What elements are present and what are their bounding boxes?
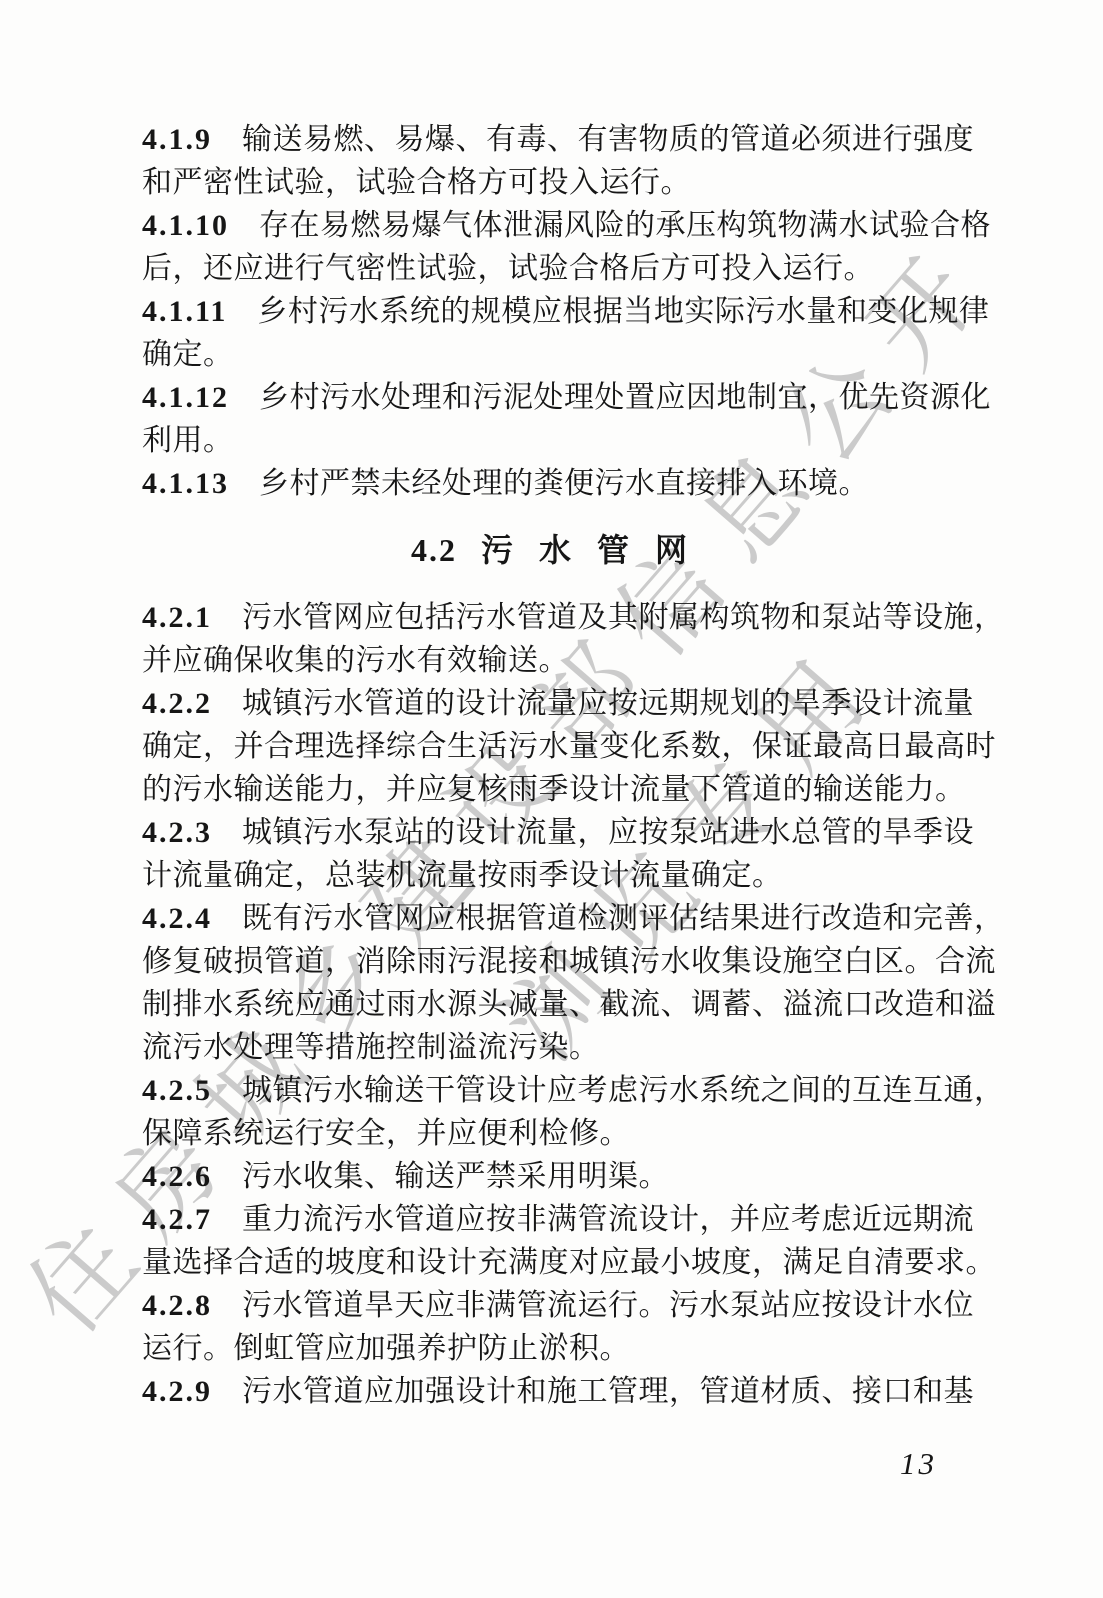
clause-line: 和严密性试验，试验合格方可投入运行。 [142, 161, 965, 204]
clause-number: 4.2.9 [142, 1375, 212, 1408]
clause-number: 4.2.6 [142, 1160, 212, 1193]
clause-text: 利用。 [142, 424, 234, 457]
page-number: 13 [900, 1446, 937, 1482]
clause-text: 计流量确定，总装机流量按雨季设计流量确定。 [142, 859, 783, 892]
clause-line: 4.2.2城镇污水管道的设计流量应按远期规划的旱季设计流量 [142, 682, 965, 725]
clause-line: 4.2.4既有污水管网应根据管道检测评估结果进行改造和完善， [142, 897, 965, 940]
clause-line: 4.2.9污水管道应加强设计和施工管理，管道材质、接口和基 [142, 1370, 965, 1413]
section-heading: 4.2污 水 管 网 [142, 529, 965, 572]
clause-text: 城镇污水管道的设计流量应按远期规划的旱季设计流量 [242, 687, 974, 720]
clause-text: 城镇污水输送干管设计应考虑污水系统之间的互连互通， [242, 1074, 1005, 1107]
clause-text: 重力流污水管道应按非满管流设计，并应考虑近远期流 [242, 1203, 974, 1236]
clause-text: 确定。 [142, 338, 234, 371]
clause-line: 4.2.6污水收集、输送严禁采用明渠。 [142, 1155, 965, 1198]
clause-text: 乡村污水系统的规模应根据当地实际污水量和变化规律 [257, 295, 989, 328]
clause-text: 修复破损管道，消除雨污混接和城镇污水收集设施空白区。合流 [142, 945, 996, 978]
clause-number: 4.1.12 [142, 381, 229, 414]
clause-text: 的污水输送能力，并应复核雨季设计流量下管道的输送能力。 [142, 773, 966, 806]
clause-number: 4.2.8 [142, 1289, 212, 1322]
clause-text: 量选择合适的坡度和设计充满度对应最小坡度，满足自清要求。 [142, 1246, 996, 1279]
clause-line: 4.1.13乡村严禁未经处理的粪便污水直接排入环境。 [142, 462, 965, 505]
clause-line: 运行。倒虹管应加强养护防止淤积。 [142, 1327, 965, 1370]
clause-number: 4.1.11 [142, 295, 227, 328]
clause-line: 4.2.5城镇污水输送干管设计应考虑污水系统之间的互连互通， [142, 1069, 965, 1112]
clause-text: 污水管网应包括污水管道及其附属构筑物和泵站等设施， [242, 601, 1005, 634]
clause-text: 并应确保收集的污水有效输送。 [142, 644, 569, 677]
clause-text: 制排水系统应通过雨水源头减量、截流、调蓄、溢流口改造和溢 [142, 988, 996, 1021]
clause-number: 4.1.10 [142, 209, 229, 242]
clause-line: 量选择合适的坡度和设计充满度对应最小坡度，满足自清要求。 [142, 1241, 965, 1284]
clause-line: 制排水系统应通过雨水源头减量、截流、调蓄、溢流口改造和溢 [142, 983, 965, 1026]
clause-text: 输送易燃、易爆、有毒、有害物质的管道必须进行强度 [242, 123, 974, 156]
clause-number: 4.2.5 [142, 1074, 212, 1107]
text-column: 4.1.9输送易燃、易爆、有毒、有害物质的管道必须进行强度 和严密性试验，试验合… [142, 118, 965, 1413]
clause-text: 城镇污水泵站的设计流量，应按泵站进水总管的旱季设 [242, 816, 974, 849]
clause-line: 确定，并合理选择综合生活污水量变化系数，保证最高日最高时 [142, 725, 965, 768]
clause-text: 污水收集、输送严禁采用明渠。 [242, 1160, 669, 1193]
clause-number: 4.2.1 [142, 601, 212, 634]
clause-number: 4.2.4 [142, 902, 212, 935]
clause-text: 流污水处理等措施控制溢流污染。 [142, 1031, 600, 1064]
clause-text: 乡村污水处理和污泥处理处置应因地制宜，优先资源化 [259, 381, 991, 414]
clause-number: 4.1.9 [142, 123, 212, 156]
clause-text: 后，还应进行气密性试验，试验合格后方可投入运行。 [142, 252, 874, 285]
clause-text: 和严密性试验，试验合格方可投入运行。 [142, 166, 691, 199]
clause-line: 保障系统运行安全，并应便利检修。 [142, 1112, 965, 1155]
clause-line: 4.1.10存在易燃易爆气体泄漏风险的承压构筑物满水试验合格 [142, 204, 965, 247]
clause-line: 4.1.9输送易燃、易爆、有毒、有害物质的管道必须进行强度 [142, 118, 965, 161]
clause-number: 4.2.7 [142, 1203, 212, 1236]
clause-number: 4.1.13 [142, 467, 229, 500]
clause-line: 利用。 [142, 419, 965, 462]
clause-line: 4.2.3城镇污水泵站的设计流量，应按泵站进水总管的旱季设 [142, 811, 965, 854]
clause-line: 确定。 [142, 333, 965, 376]
clause-line: 流污水处理等措施控制溢流污染。 [142, 1026, 965, 1069]
clause-text: 污水管道应加强设计和施工管理，管道材质、接口和基 [242, 1375, 974, 1408]
document-page: 住房城乡建设部信息公开 浏览专用 4.1.9输送易燃、易爆、有毒、有害物质的管道… [0, 0, 1103, 1598]
clause-line: 4.2.7重力流污水管道应按非满管流设计，并应考虑近远期流 [142, 1198, 965, 1241]
clause-line: 的污水输送能力，并应复核雨季设计流量下管道的输送能力。 [142, 768, 965, 811]
section-title: 污 水 管 网 [481, 532, 696, 568]
clause-line: 修复破损管道，消除雨污混接和城镇污水收集设施空白区。合流 [142, 940, 965, 983]
clause-line: 4.1.12乡村污水处理和污泥处理处置应因地制宜，优先资源化 [142, 376, 965, 419]
clause-text: 运行。倒虹管应加强养护防止淤积。 [142, 1332, 630, 1365]
clause-line: 计流量确定，总装机流量按雨季设计流量确定。 [142, 854, 965, 897]
clause-line: 4.1.11乡村污水系统的规模应根据当地实际污水量和变化规律 [142, 290, 965, 333]
clause-text: 污水管道旱天应非满管流运行。污水泵站应按设计水位 [242, 1289, 974, 1322]
clause-line: 4.2.8污水管道旱天应非满管流运行。污水泵站应按设计水位 [142, 1284, 965, 1327]
clause-line: 后，还应进行气密性试验，试验合格后方可投入运行。 [142, 247, 965, 290]
clause-line: 并应确保收集的污水有效输送。 [142, 639, 965, 682]
clause-text: 存在易燃易爆气体泄漏风险的承压构筑物满水试验合格 [259, 209, 991, 242]
clause-text: 乡村严禁未经处理的粪便污水直接排入环境。 [259, 467, 869, 500]
clause-text: 确定，并合理选择综合生活污水量变化系数，保证最高日最高时 [142, 730, 996, 763]
clause-number: 4.2.2 [142, 687, 212, 720]
clause-line: 4.2.1污水管网应包括污水管道及其附属构筑物和泵站等设施， [142, 596, 965, 639]
section-number: 4.2 [411, 532, 457, 568]
clause-number: 4.2.3 [142, 816, 212, 849]
clause-text: 保障系统运行安全，并应便利检修。 [142, 1117, 630, 1150]
clause-text: 既有污水管网应根据管道检测评估结果进行改造和完善， [242, 902, 1005, 935]
